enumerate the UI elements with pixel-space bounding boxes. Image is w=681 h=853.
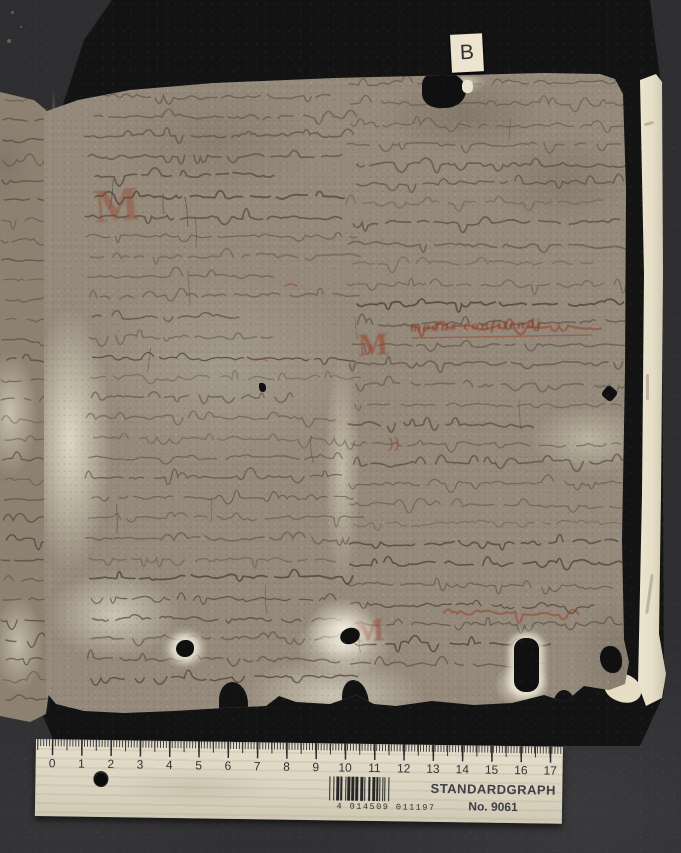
- script-line: [7, 354, 50, 362]
- script-line: [354, 454, 635, 471]
- parchment-hole: [600, 646, 622, 673]
- barcode-gap: [389, 777, 391, 801]
- script-line: [355, 403, 622, 411]
- script-line: [195, 216, 197, 247]
- script-line: [353, 217, 619, 232]
- script-line: [509, 119, 511, 140]
- ruler-brand: STANDARDGRAPH: [427, 781, 559, 798]
- ruler-number: 3: [137, 757, 144, 771]
- script-line: [444, 609, 579, 622]
- marker-label-b: B: [450, 33, 484, 73]
- manuscript-page: M modus confitendi M M: [44, 70, 640, 718]
- script-line: [346, 578, 612, 594]
- ruler-number: 9: [312, 760, 319, 774]
- strip-ink-mark: [645, 574, 654, 614]
- script-line: [92, 615, 341, 623]
- ruler-number: 4: [166, 758, 173, 772]
- script-line: [3, 139, 45, 143]
- script-line: [6, 658, 42, 665]
- script-line: [93, 352, 356, 364]
- ruler-model: No. 9061: [427, 799, 559, 815]
- script-line: [91, 670, 358, 685]
- script-line: [1, 559, 45, 561]
- ruler-number: 17: [543, 764, 557, 778]
- script-line: [185, 197, 188, 226]
- script-line: [85, 468, 350, 485]
- script-line: [2, 218, 48, 229]
- script-line: [349, 475, 622, 492]
- script-line: [350, 498, 633, 513]
- script-line: [92, 490, 354, 504]
- script-line: [3, 118, 44, 121]
- script-line: [1, 620, 45, 629]
- rubric-initial: M: [92, 180, 141, 232]
- script-line: [5, 436, 44, 441]
- script-line: [6, 633, 47, 647]
- script-line: [348, 142, 621, 152]
- script-line: [116, 505, 117, 534]
- script-line: [349, 535, 617, 550]
- ruler-hole: [93, 771, 108, 787]
- ruler-number: 0: [49, 756, 56, 770]
- script-line: [94, 109, 357, 124]
- ruler-number: 12: [397, 761, 411, 775]
- script-line: [352, 441, 630, 452]
- parchment-hole: [514, 638, 539, 692]
- script-line: [353, 341, 627, 355]
- ruler-number: 14: [456, 762, 470, 776]
- script-line: [1, 379, 46, 382]
- script-line: [85, 128, 354, 144]
- script-line: [351, 116, 631, 132]
- ruler-number: 10: [338, 760, 352, 774]
- script-line: [90, 569, 353, 583]
- ruler-number: 5: [195, 758, 202, 772]
- script-line: [3, 452, 44, 461]
- script-line: [2, 180, 47, 184]
- script-line: [357, 158, 638, 173]
- ruler-brand-block: STANDARDGRAPH No. 9061: [427, 781, 559, 815]
- script-line: [91, 392, 292, 404]
- script-line: [92, 311, 239, 322]
- ruler: 01234567891011121314151617 4 014509 0111…: [35, 739, 563, 824]
- script-line: [91, 249, 361, 264]
- ruler-number: 2: [107, 757, 114, 771]
- ruler-number: 16: [514, 763, 528, 777]
- script-line: [350, 557, 639, 570]
- script-line: [90, 330, 273, 346]
- ruler-number: 13: [426, 762, 440, 776]
- script-line: [1, 239, 48, 246]
- script-line: [357, 299, 624, 312]
- ruler-number: 1: [78, 757, 85, 771]
- script-line: [5, 99, 43, 102]
- script-line: [348, 417, 533, 432]
- script-line: [285, 284, 297, 286]
- script-line: [88, 150, 342, 163]
- script-line: [2, 339, 47, 346]
- script-line: [349, 76, 627, 88]
- script-line: [519, 400, 521, 429]
- script-line: [147, 348, 150, 371]
- parchment-hole: [176, 640, 194, 657]
- ruler-number: 7: [254, 759, 261, 773]
- parchment-hole: [422, 72, 466, 108]
- script-line: [91, 631, 351, 646]
- script-line: [91, 370, 360, 383]
- ruler-number: 11: [368, 761, 381, 775]
- script-line: [88, 267, 273, 278]
- parchment-hole: [259, 383, 266, 392]
- dust-speck: [7, 39, 11, 43]
- dust-speck: [11, 11, 14, 14]
- script-line: [347, 278, 625, 294]
- ruler-number: 6: [224, 759, 231, 773]
- strip-ink-mark: [646, 374, 649, 400]
- script-line: [86, 233, 356, 243]
- script-line: [348, 242, 624, 253]
- script-line: [89, 512, 369, 527]
- ruler-number: 15: [485, 763, 499, 777]
- script-line: [91, 593, 336, 604]
- script-line: [90, 288, 360, 301]
- script-line: [86, 411, 335, 427]
- script-line: [4, 199, 48, 201]
- script-line: [94, 433, 355, 449]
- script-line: [350, 357, 639, 373]
- script-line: [84, 94, 330, 104]
- rubric-initial: M: [357, 327, 389, 361]
- script-line: [346, 195, 611, 211]
- script-line: [3, 598, 45, 600]
- script-line: [89, 558, 335, 568]
- script-line: [353, 257, 593, 273]
- photo-background: M modus confitendi M M B 012345678910111…: [0, 0, 681, 853]
- script-line: [2, 259, 49, 261]
- script-line: [354, 520, 640, 530]
- dust-speck: [20, 26, 22, 28]
- script-line: [357, 174, 624, 192]
- manuscript-handwriting: [44, 70, 640, 718]
- ruler-number: 8: [283, 760, 290, 774]
- script-line: [86, 532, 349, 545]
- strip-ink-mark: [644, 121, 654, 126]
- script-line: [88, 650, 340, 666]
- marker-letter: B: [459, 41, 474, 66]
- script-line: [355, 617, 622, 633]
- script-line: [2, 416, 46, 423]
- script-line: [356, 376, 640, 394]
- script-line: [211, 497, 212, 522]
- script-line: [350, 95, 629, 111]
- script-line: [311, 435, 314, 463]
- script-line: [6, 297, 46, 302]
